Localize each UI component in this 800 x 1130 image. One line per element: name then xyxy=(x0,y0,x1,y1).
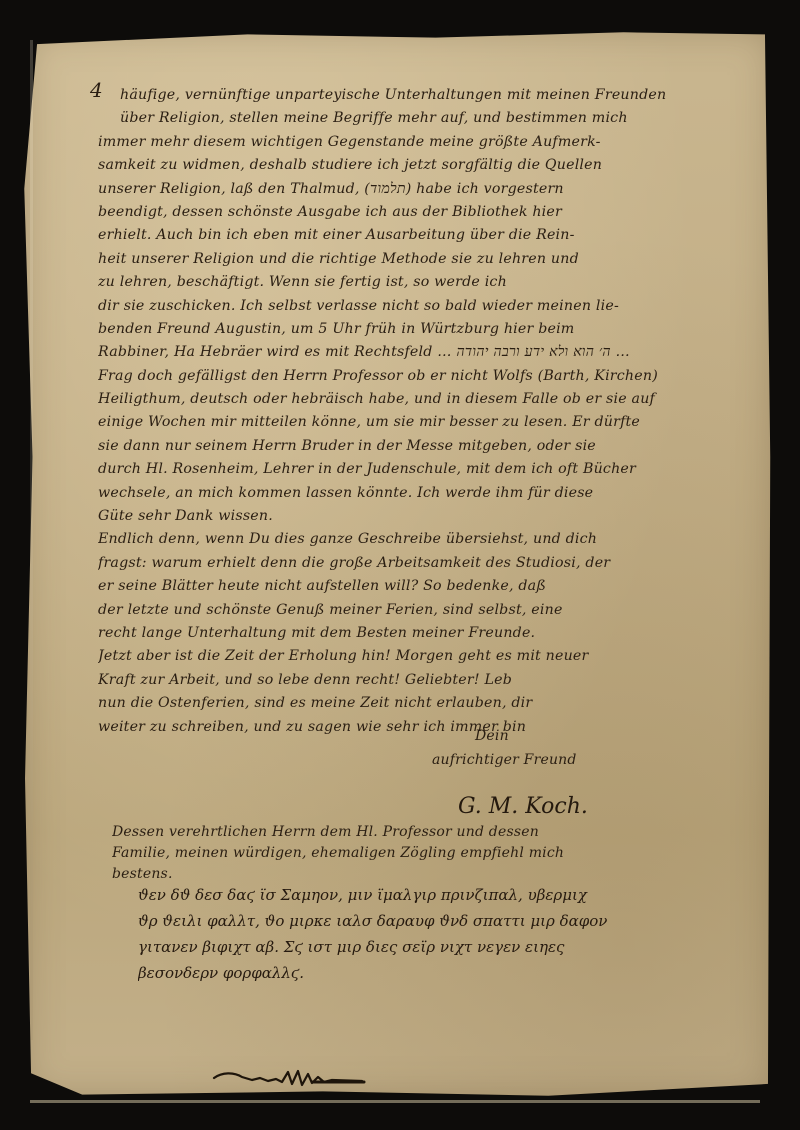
body-line: Heiligthum, deutsch oder hebräisch habe,… xyxy=(98,388,770,411)
body-line-hebrew-insert: Rabbiner, Ha Hebräer wird es mit Rechtsf… xyxy=(98,341,770,364)
paper-bottom-edge xyxy=(30,1100,760,1103)
body-line: Kraft zur Arbeit, und so lebe denn recht… xyxy=(98,669,770,692)
body-line: einige Wochen mir mitteilen könne, um si… xyxy=(98,411,770,434)
greek-line: βεσονδερν φορφαλλϛ. xyxy=(138,960,778,986)
body-line: zu lehren, beschäftigt. Wenn sie fertig … xyxy=(98,271,770,294)
body-line: sie dann nur seinem Herrn Bruder in der … xyxy=(98,435,770,458)
body-line: unserer Religion, laß den Thalmud, (תלמו… xyxy=(98,178,770,201)
body-line: Endlich denn, wenn Du dies ganze Geschre… xyxy=(98,528,770,551)
closing-line-friend: aufrichtiger Freund xyxy=(432,752,577,768)
body-line: häufige, vernünftige unparteyische Unter… xyxy=(120,84,770,107)
greek-line: γιτανεν βιφιχτ αβ. Σϛ ιστ μιρ διες σεϊρ … xyxy=(138,934,778,960)
body-line: weiter zu schreiben, und zu sagen wie se… xyxy=(98,716,770,739)
signature: G. M. Koch. xyxy=(458,794,588,819)
body-line: samkeit zu widmen, deshalb studiere ich … xyxy=(98,154,770,177)
postscript: Dessen verehrtlichen Herrn dem Hl. Profe… xyxy=(112,822,772,885)
body-line: dir sie zuschicken. Ich selbst verlasse … xyxy=(98,295,770,318)
body-line: nun die Ostenferien, sind es meine Zeit … xyxy=(98,692,770,715)
body-line: der letzte und schönste Genuß meiner Fer… xyxy=(98,599,770,622)
body-line: erhielt. Auch bin ich eben mit einer Aus… xyxy=(98,224,770,247)
closing-line-dein: Dein xyxy=(475,728,509,744)
body-line: durch Hl. Rosenheim, Lehrer in der Juden… xyxy=(98,458,770,481)
body-line: immer mehr diesem wichtigen Gegenstande … xyxy=(98,131,770,154)
body-line: beendigt, dessen schönste Ausgabe ich au… xyxy=(98,201,770,224)
body-line: über Religion, stellen meine Begriffe me… xyxy=(120,107,770,130)
greek-line: ϑεν δϑ δεσ δαϛ ϊσ Σαμηον, μιν ϊμαλγιρ πρ… xyxy=(138,882,778,908)
body-line: benden Freund Augustin, um 5 Uhr früh in… xyxy=(98,318,770,341)
body-line: fragst: warum erhielt denn die große Arb… xyxy=(98,552,770,575)
body-line: Güte sehr Dank wissen. xyxy=(98,505,770,528)
greek-letter-passage: ϑεν δϑ δεσ δαϛ ϊσ Σαμηον, μιν ϊμαλγιρ πρ… xyxy=(138,882,778,986)
body-line: er seine Blätter heute nicht aufstellen … xyxy=(98,575,770,598)
body-line: heit unserer Religion und die richtige M… xyxy=(98,248,770,271)
body-line: wechsele, an mich kommen lassen könnte. … xyxy=(98,482,770,505)
pen-flourish-scribble xyxy=(212,1068,372,1090)
body-line: recht lange Unterhaltung mit dem Besten … xyxy=(98,622,770,645)
greek-line: ϑρ ϑειλι φαλλτ, ϑο μιρκε ιαλσ δαραυφ ϑνδ… xyxy=(138,908,778,934)
page-number: 4 xyxy=(90,78,103,102)
paper-fold-crease xyxy=(30,40,33,1040)
body-line: Jetzt aber ist die Zeit der Erholung hin… xyxy=(98,645,770,668)
postscript-line: Dessen verehrtlichen Herrn dem Hl. Profe… xyxy=(112,822,772,843)
postscript-line: Familie, meinen würdigen, ehemaligen Zög… xyxy=(112,843,772,864)
body-line: Frag doch gefälligst den Herrn Professor… xyxy=(98,365,770,388)
letter-body: häufige, vernünftige unparteyische Unter… xyxy=(120,84,770,739)
